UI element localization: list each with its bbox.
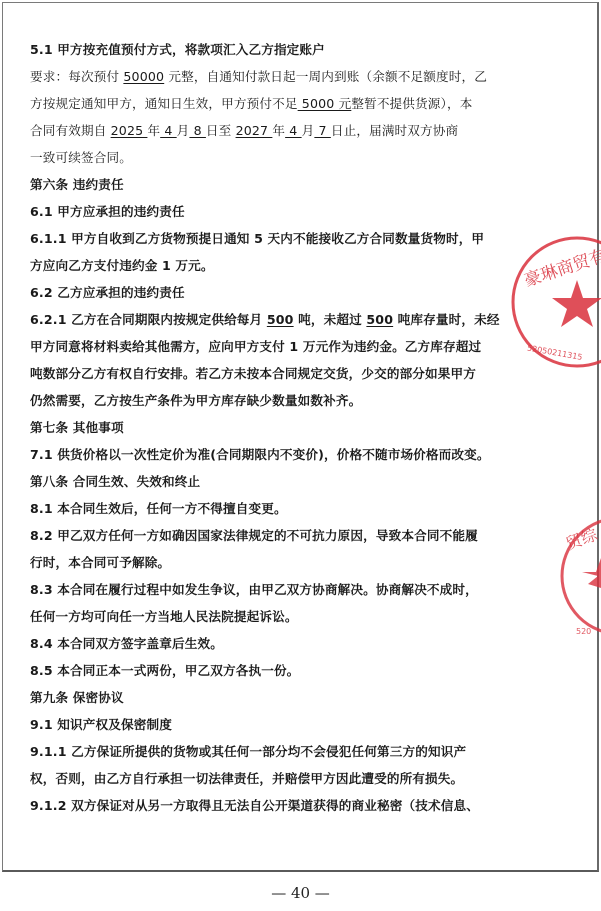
text-segment: 6.2 乙方应承担的违约责任 (30, 285, 185, 300)
clause-line: 8.2 甲乙双方任何一方如确因国家法律规定的不可抗力原因，导致本合同不能履 (30, 522, 490, 549)
text-segment: 6.2.1 乙方在合同期限内按规定供给每月 (30, 312, 267, 327)
text-segment: 9.1 知识产权及保密制度 (30, 717, 172, 732)
article-heading: 第六条 违约责任 (30, 171, 490, 198)
text-segment: 吨库存量时，未经 (393, 312, 500, 327)
clause-line: 9.1.2 双方保证对从另一方取得且无法自公开渠道获得的商业秘密（技术信息、 (30, 792, 490, 819)
text-segment: 甲方同意将材料卖给其他需方，应向甲方支付 1 万元作为违约金。乙方库存超过 (30, 339, 481, 354)
text-segment: 9.1.2 双方保证对从另一方取得且无法自公开渠道获得的商业秘密（技术信息、 (30, 798, 479, 813)
text-segment: 吨，未超过 (294, 312, 367, 327)
filled-blank: 500 (366, 312, 393, 327)
text-segment: 6.1 甲方应承担的违约责任 (30, 204, 185, 219)
clause-line: 行时，本合同可予解除。 (30, 549, 490, 576)
text-segment: 第七条 其他事项 (30, 420, 124, 435)
text-segment: 任何一方均可向任一方当地人民法院提起诉讼。 (30, 609, 298, 624)
text-segment: 合同有效期自 (30, 123, 111, 138)
clause-line: 7.1 供货价格以一次性定价为准(合同期限内不变价)，价格不随市场价格而改变。 (30, 441, 490, 468)
article-heading: 第七条 其他事项 (30, 414, 490, 441)
text-segment: 5.1 甲方按充值预付方式，将款项汇入乙方指定账户 (30, 42, 325, 57)
clause-line: 方应向乙方支付违约金 1 万元。 (30, 252, 490, 279)
filled-blank: 5000 元 (298, 96, 352, 111)
text-segment: 权，否则，由乙方自行承担一切法律责任，并赔偿甲方因此遭受的所有损失。 (30, 771, 463, 786)
filled-blank: 2025 (111, 123, 148, 138)
text-segment: 仍然需要，乙方按生产条件为甲方库存缺少数量如数补齐。 (30, 393, 361, 408)
filled-blank: 2027 (236, 123, 273, 138)
text-segment: 要求：每次预付 (30, 69, 123, 84)
filled-blank: 8 (189, 123, 205, 138)
clause-line: 5.1 甲方按充值预付方式，将款项汇入乙方指定账户 (30, 36, 490, 63)
filled-blank: 4 (160, 123, 176, 138)
text-segment: 8.3 本合同在履行过程中如发生争议，由甲乙双方协商解决。协商解决不成时， (30, 582, 478, 597)
filled-blank: 500 (267, 312, 294, 327)
text-segment: 月 (302, 123, 315, 138)
text-segment: 行时，本合同可予解除。 (30, 555, 170, 570)
text-segment: 一致可续签合同。 (30, 150, 132, 165)
clause-line: 权，否则，由乙方自行承担一切法律责任，并赔偿甲方因此遭受的所有损失。 (30, 765, 490, 792)
text-line: 一致可续签合同。 (30, 144, 490, 171)
clause-line: 6.1.1 甲方自收到乙方货物预提日通知 5 天内不能接收乙方合同数量货物时，甲 (30, 225, 490, 252)
text-segment: 日至 (206, 123, 236, 138)
filled-blank: 4 (285, 123, 301, 138)
clause-line: 8.1 本合同生效后，任何一方不得擅自变更。 (30, 495, 490, 522)
text-line: 要求：每次预付 50000 元整，自通知付款日起一周内到账（余额不足额度时，乙 (30, 63, 490, 90)
text-line: 方按规定通知甲方，通知日生效，甲方预付不足 5000 元整暂不提供货源），本 (30, 90, 490, 117)
text-segment: 年 (272, 123, 285, 138)
text-line: 合同有效期自 2025 年 4 月 8 日至 2027 年 4 月 7 日止，届… (30, 117, 490, 144)
clause-line: 9.1.1 乙方保证所提供的货物或其任何一部分均不会侵犯任何第三方的知识产 (30, 738, 490, 765)
clause-line: 甲方同意将材料卖给其他需方，应向甲方支付 1 万元作为违约金。乙方库存超过 (30, 333, 490, 360)
text-segment: 第六条 违约责任 (30, 177, 124, 192)
text-segment: 9.1.1 乙方保证所提供的货物或其任何一部分均不会侵犯任何第三方的知识产 (30, 744, 466, 759)
text-segment: 8.2 甲乙双方任何一方如确因国家法律规定的不可抗力原因，导致本合同不能履 (30, 528, 478, 543)
text-segment: 第八条 合同生效、失效和终止 (30, 474, 200, 489)
clause-line: 8.3 本合同在履行过程中如发生争议，由甲乙双方协商解决。协商解决不成时， (30, 576, 490, 603)
text-segment: 元整，自通知付款日起一周内到账（余额不足额度时，乙 (164, 69, 487, 84)
clause-line: 6.2.1 乙方在合同期限内按规定供给每月 500 吨，未超过 500 吨库存量… (30, 306, 490, 333)
text-segment: 整暂不提供货源），本 (351, 96, 472, 111)
page-number: — 40 — (0, 884, 601, 902)
clause-line: 6.1 甲方应承担的违约责任 (30, 198, 490, 225)
text-segment: 6.1.1 甲方自收到乙方货物预提日通知 5 天内不能接收乙方合同数量货物时，甲 (30, 231, 484, 246)
clause-line: 6.2 乙方应承担的违约责任 (30, 279, 490, 306)
filled-blank: 50000 (123, 69, 164, 84)
text-segment: 8.5 本合同正本一式两份，甲乙双方各执一份。 (30, 663, 299, 678)
text-segment: 方应向乙方支付违约金 1 万元。 (30, 258, 214, 273)
clause-line: 任何一方均可向任一方当地人民法院提起诉讼。 (30, 603, 490, 630)
article-heading: 第九条 保密协议 (30, 684, 490, 711)
text-segment: 日止，届满时双方协商 (331, 123, 458, 138)
text-segment: 8.1 本合同生效后，任何一方不得擅自变更。 (30, 501, 287, 516)
article-heading: 第八条 合同生效、失效和终止 (30, 468, 490, 495)
text-segment: 方按规定通知甲方，通知日生效，甲方预付不足 (30, 96, 298, 111)
text-segment: 吨数部分乙方有权自行安排。若乙方未按本合同规定交货，少交的部分如果甲方 (30, 366, 476, 381)
text-segment: 月 (177, 123, 190, 138)
text-segment: 8.4 本合同双方签字盖章后生效。 (30, 636, 223, 651)
contract-body: 5.1 甲方按充值预付方式，将款项汇入乙方指定账户要求：每次预付 50000 元… (30, 36, 490, 819)
clause-line: 8.4 本合同双方签字盖章后生效。 (30, 630, 490, 657)
filled-blank: 7 (314, 123, 330, 138)
clause-line: 8.5 本合同正本一式两份，甲乙双方各执一份。 (30, 657, 490, 684)
clause-line: 9.1 知识产权及保密制度 (30, 711, 490, 738)
clause-line: 吨数部分乙方有权自行安排。若乙方未按本合同规定交货，少交的部分如果甲方 (30, 360, 490, 387)
text-segment: 第九条 保密协议 (30, 690, 124, 705)
text-segment: 7.1 供货价格以一次性定价为准(合同期限内不变价)，价格不随市场价格而改变。 (30, 447, 490, 462)
clause-line: 仍然需要，乙方按生产条件为甲方库存缺少数量如数补齐。 (30, 387, 490, 414)
text-segment: 年 (147, 123, 160, 138)
